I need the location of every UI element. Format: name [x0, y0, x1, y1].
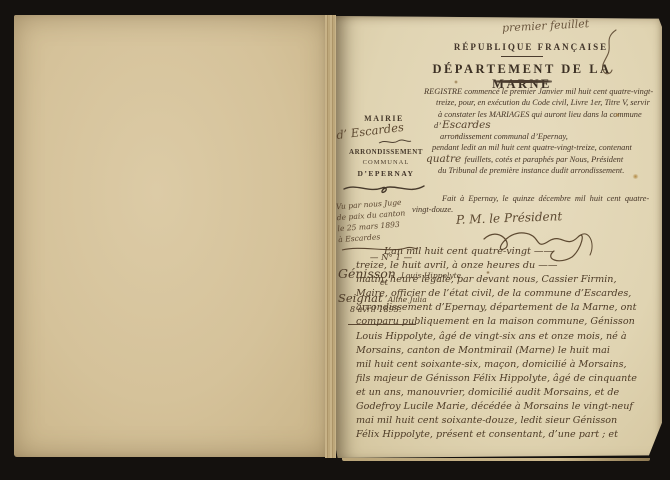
register-scan: { "document": { "right_page": { "top_not…: [0, 0, 670, 480]
act-line: Godefroy Lucile Marie, décédée à Morsain…: [356, 400, 658, 414]
intro-line: du Tribunal de première instance dudit a…: [424, 165, 662, 176]
foxing-spot: [456, 134, 459, 137]
act-line: Félix Hippolyte, présent et consentant, …: [356, 428, 658, 442]
intro-line-feuillets: quatre feuillets, cotés et paraphés par …: [424, 154, 662, 165]
act-line: Morsains, canton de Montmirail (Marne) l…: [356, 344, 658, 358]
act-line: fils majeur de Génisson Félix Hippolyte,…: [356, 372, 658, 386]
intro-feuillets-text: feuillets, cotés et paraphés par Nous, P…: [465, 155, 624, 164]
foxing-spot: [486, 271, 490, 274]
margin-small-flourish: [378, 138, 412, 146]
republique-heading: RÉPUBLIQUE FRANÇAISE: [431, 42, 631, 52]
intro-line: arrondissement communal d’Epernay,: [424, 131, 662, 142]
bottom-page-edges: [342, 458, 650, 461]
foxing-spot: [615, 113, 620, 117]
feuillet-count-handwritten: quatre: [426, 153, 465, 165]
right-register-page: premier feuillet RÉPUBLIQUE FRANÇAISE DÉ…: [336, 16, 662, 458]
intro-line: treize, pour, en exécution du Code civil…: [424, 97, 662, 108]
intro-line: REGISTRE commencé le premier Janvier mil…: [424, 86, 662, 97]
arrondissement-label: ARRONDISSEMENT: [346, 148, 426, 156]
act-line: L’an mil huit cent quatre-vingt ——: [356, 245, 658, 259]
heading-ornament: [494, 80, 552, 83]
act-line: arrondissement d’Epernay, département de…: [356, 301, 658, 315]
communal-label: COMMUNAL: [346, 159, 426, 166]
epernay-label: D’EPERNAY: [346, 169, 426, 178]
act-line: Louis Hippolyte, âgé de vingt-six ans et…: [356, 330, 658, 344]
register-intro-paragraph: REGISTRE commencé le premier Janvier mil…: [424, 86, 662, 176]
act-line: matin, heure légale, par devant nous, Ca…: [356, 273, 658, 287]
intro-line-commune: d’ Escardes: [424, 120, 662, 131]
margin-swash-flourish: [342, 181, 426, 197]
act-line: Maire, officier de l’état civil, de la c…: [356, 287, 658, 301]
act-body: L’an mil huit cent quatre-vingt —— treiz…: [356, 245, 658, 442]
visa-note: Vu par nous Juge de paix du canton le 25…: [336, 195, 431, 245]
closing-date-line: Fait à Epernay, le quinze décembre mil h…: [442, 194, 649, 203]
left-blank-page: [14, 15, 331, 457]
act-line: mai mil huit cent soixante-douze, ledit …: [356, 414, 658, 428]
heading-rule: [501, 56, 543, 57]
foxing-spot: [632, 174, 639, 179]
act-line: et un ans, manouvrier, domicilié audit M…: [356, 386, 658, 400]
commune-name-handwritten: Escardes: [442, 119, 491, 131]
page-stack-edge: [325, 15, 336, 458]
act-line: comparu publiquement en la maison commun…: [356, 315, 658, 329]
act-line: mil huit cent soixante-six, maçon, domic…: [356, 358, 658, 372]
act-line: treize, le huit avril, à onze heures du …: [356, 259, 658, 273]
foxing-spot: [454, 80, 458, 84]
